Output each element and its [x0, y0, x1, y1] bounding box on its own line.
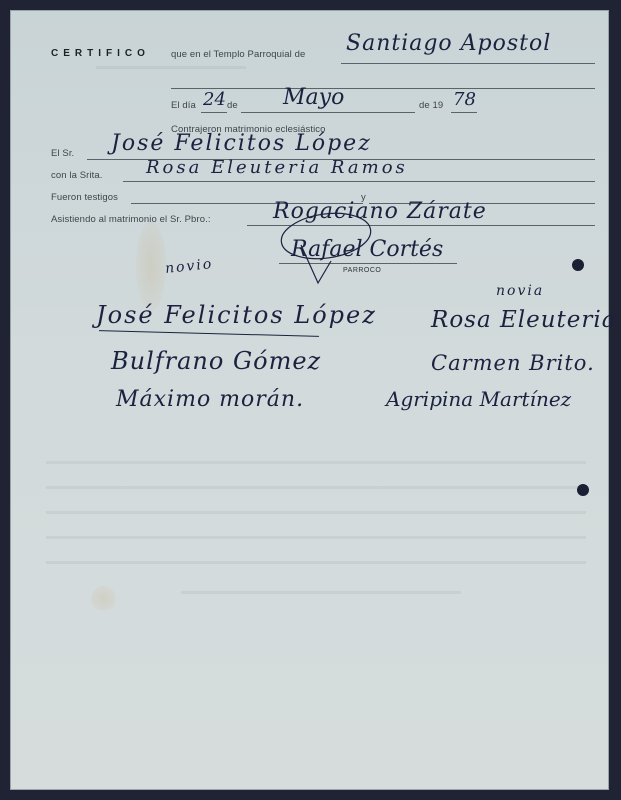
- witness-1-signature: Bulfrano Gómez: [111, 347, 321, 375]
- punch-hole: [572, 259, 584, 271]
- month-label: de: [227, 100, 238, 111]
- day-value: 24: [203, 89, 226, 110]
- day-label: El día: [171, 100, 196, 111]
- witnesses-label: Fueron testigos: [51, 192, 118, 203]
- groom-label: El Sr.: [51, 148, 74, 159]
- bride-line: [123, 181, 595, 182]
- temple-value: Santiago Apostol: [346, 31, 551, 56]
- bleed-through: [46, 561, 586, 564]
- temple-line-2: [171, 88, 595, 89]
- bride-signature: Rosa Eleuteria: [431, 307, 616, 333]
- groom-value: José Felicitos López: [111, 131, 372, 156]
- paper-stain: [136, 221, 166, 311]
- bleed-through: [96, 66, 246, 69]
- temple-line: [341, 63, 595, 64]
- groom-caption: novio: [164, 256, 214, 277]
- bleed-through: [181, 591, 461, 594]
- witness-4-signature: Agripina Martínez: [386, 387, 571, 411]
- bride-caption: novia: [496, 283, 544, 299]
- bride-label: con la Srita.: [51, 170, 102, 181]
- parroco-title: PARROCO: [343, 267, 381, 274]
- witness-2-signature: Carmen Brito.: [431, 351, 595, 375]
- bleed-through: [46, 461, 586, 464]
- signature-flourish: [296, 243, 336, 298]
- year-line: [451, 112, 477, 113]
- month-line: [241, 112, 415, 113]
- year-value: 78: [453, 89, 476, 110]
- certificate-paper: CERTIFICO que en el Templo Parroquial de…: [11, 11, 608, 789]
- month-value: Mayo: [283, 85, 344, 110]
- priest-label: Asistiendo al matrimonio el Sr. Pbro.:: [51, 214, 211, 225]
- day-line: [201, 112, 227, 113]
- certifico-heading: CERTIFICO: [51, 48, 150, 59]
- bride-value: Rosa Eleuteria Ramos: [146, 157, 408, 178]
- paper-stain: [91, 586, 116, 611]
- temple-label: que en el Templo Parroquial de: [171, 49, 305, 60]
- bleed-through: [46, 536, 586, 539]
- year-label: de 19: [419, 100, 443, 111]
- punch-hole: [577, 484, 589, 496]
- groom-signature-underline: [99, 330, 319, 337]
- bleed-through: [46, 486, 586, 489]
- groom-signature: José Felicitos López: [96, 301, 377, 329]
- witness-3-signature: Máximo morán.: [116, 387, 304, 412]
- bleed-through: [46, 511, 586, 514]
